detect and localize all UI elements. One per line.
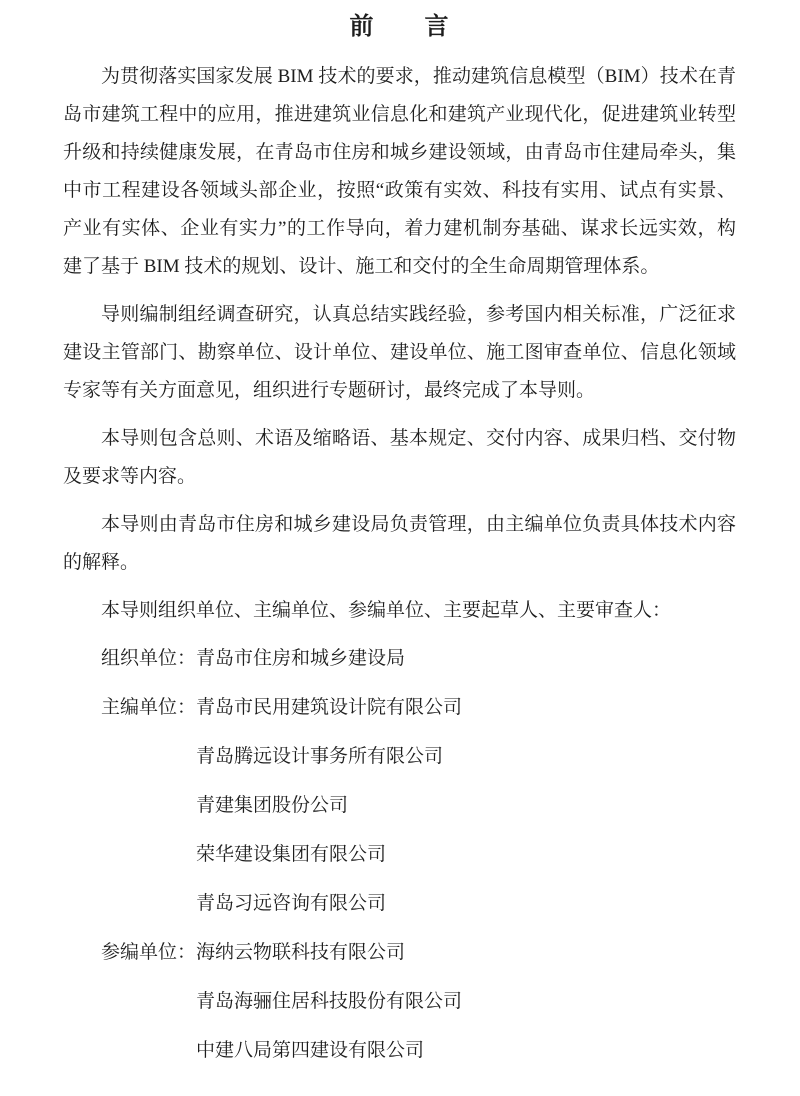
- list-item-chief-editor-unit: 青建集团股份公司: [63, 787, 736, 825]
- unit-name: 青岛习远咨询有限公司: [196, 893, 386, 914]
- document-page: 前 言 为贯彻落实国家发展 BIM 技术的要求，推动建筑信息模型（BIM）技术在…: [0, 0, 800, 1096]
- list-item-chief-editor-unit: 青岛腾远设计事务所有限公司: [63, 738, 736, 776]
- unit-name: 中建八局第四建设有限公司: [196, 1040, 424, 1061]
- page-title: 前 言: [63, 8, 736, 46]
- paragraph-management: 本导则由青岛市住房和城乡建设局负责管理，由主编单位负责具体技术内容的解释。: [63, 506, 736, 582]
- list-item-participating-unit: 参编单位：海纳云物联科技有限公司: [63, 934, 736, 972]
- list-item-participating-unit: 青岛海骊住居科技股份有限公司: [63, 983, 736, 1021]
- unit-name: 青岛腾远设计事务所有限公司: [196, 746, 443, 767]
- unit-name: 青岛市住房和城乡建设局: [196, 648, 405, 669]
- paragraph-contents: 本导则包含总则、术语及缩略语、基本规定、交付内容、成果归档、交付物及要求等内容。: [63, 420, 736, 496]
- unit-name: 海纳云物联科技有限公司: [196, 942, 405, 963]
- list-item-organizing-unit: 组织单位：青岛市住房和城乡建设局: [63, 640, 736, 678]
- list-item-chief-editor-unit: 青岛习远咨询有限公司: [63, 885, 736, 923]
- paragraph-intro: 为贯彻落实国家发展 BIM 技术的要求，推动建筑信息模型（BIM）技术在青岛市建…: [63, 58, 736, 286]
- unit-name: 青岛海骊住居科技股份有限公司: [196, 991, 462, 1012]
- unit-label: 参编单位：: [101, 942, 196, 963]
- list-item-participating-unit: 中建八局第四建设有限公司: [63, 1032, 736, 1070]
- unit-name: 青建集团股份公司: [196, 795, 348, 816]
- list-item-chief-editor-unit: 主编单位：青岛市民用建筑设计院有限公司: [63, 689, 736, 727]
- unit-label: 组织单位：: [101, 648, 196, 669]
- paragraph-units-intro: 本导则组织单位、主编单位、参编单位、主要起草人、主要审查人：: [63, 592, 736, 630]
- list-item-chief-editor-unit: 荣华建设集团有限公司: [63, 836, 736, 874]
- unit-name: 青岛市民用建筑设计院有限公司: [196, 697, 462, 718]
- unit-name: 荣华建设集团有限公司: [196, 844, 386, 865]
- unit-label: 主编单位：: [101, 697, 196, 718]
- paragraph-research: 导则编制组经调查研究，认真总结实践经验，参考国内相关标准，广泛征求建设主管部门、…: [63, 296, 736, 410]
